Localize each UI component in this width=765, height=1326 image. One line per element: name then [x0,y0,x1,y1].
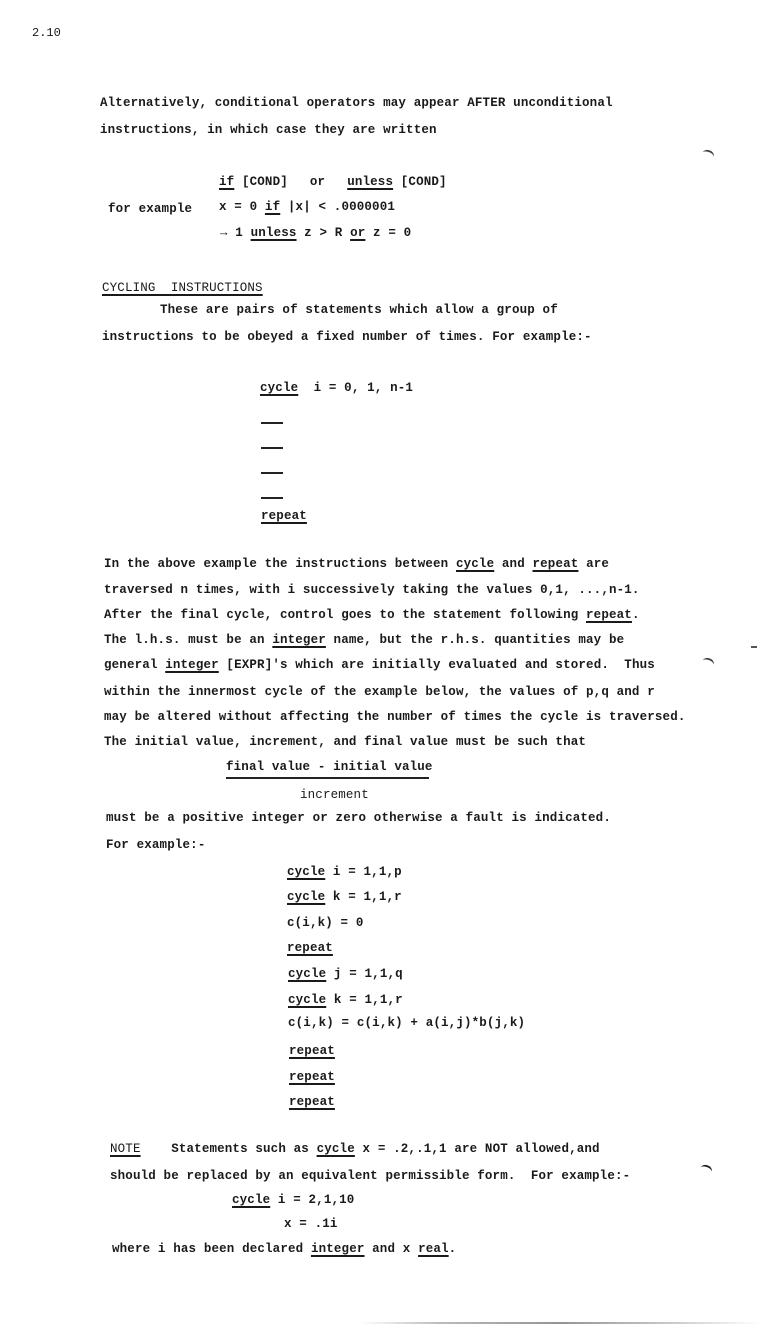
note-line-1: NOTE Statements such as cycle x = .2,.1,… [110,1142,600,1156]
keyword-cycle: cycle [260,381,298,395]
section-intro-line-2: instructions to be obeyed a fixed number… [102,330,592,344]
after-fraction-line-2: For example:- [106,838,205,852]
binder-hole-mark [699,1163,714,1177]
simple-cycle-header: cycle i = 0, 1, n-1 [260,381,413,395]
binder-hole-mark [701,148,716,162]
code-line: repeat [289,1095,335,1109]
explanation-line-3: After the final cycle, control goes to t… [104,608,640,622]
code-line: cycle i = 1,1,p [287,865,402,879]
or-word: or [310,175,325,189]
example-if: x = 0 if |x| < .0000001 [219,200,395,214]
explanation-line-8: The initial value, increment, and final … [104,735,586,749]
explanation-line-2: traversed n times, with i successively t… [104,583,640,597]
section-intro-line-1: These are pairs of statements which allo… [160,303,558,317]
explanation-line-6: within the innermost cycle of the exampl… [104,685,655,699]
code-line: cycle k = 1,1,r [288,993,403,1007]
code-line: c(i,k) = 0 [287,916,364,930]
note-line-2: should be replaced by an equivalent perm… [110,1169,630,1183]
note-example-cycle: cycle i = 2,1,10 [232,1193,354,1207]
code-line: c(i,k) = c(i,k) + a(i,j)*b(j,k) [288,1016,525,1030]
fraction-numerator: final value - initial value [226,760,433,774]
section-heading: CYCLING INSTRUCTIONS [102,281,263,295]
placeholder-line [261,497,283,499]
keyword-unless: unless [347,175,393,189]
placeholder-line [261,472,283,474]
fraction-bar [226,777,429,779]
note-line-3: where i has been declared integer and x … [112,1242,456,1256]
example-unless: → 1 unless z > R or z = 0 [220,226,411,240]
page-number: 2.10 [32,26,61,40]
scan-edge-artifact [360,1322,760,1324]
code-line: repeat [289,1070,335,1084]
explanation-line-5: general integer [EXPR]'s which are initi… [104,658,655,672]
intro-line-2: instructions, in which case they are wri… [100,123,437,137]
note-example-assign: x = .1i [284,1217,338,1231]
fraction-denominator: increment [300,788,369,802]
after-fraction-line-1: must be a positive integer or zero other… [106,811,611,825]
keyword-repeat: repeat [261,509,307,523]
intro-line-1: Alternatively, conditional operators may… [100,96,613,110]
keyword-unless: unless [251,226,297,240]
code-line: cycle j = 1,1,q [288,967,403,981]
placeholder-line [261,447,283,449]
placeholder-line [261,422,283,424]
code-line: cycle k = 1,1,r [287,890,402,904]
binder-hole-mark [701,656,716,670]
explanation-line-7: may be altered without affecting the num… [104,710,686,724]
for-example-label: for example [108,202,192,216]
keyword-if: if [219,175,234,189]
keyword-or: or [350,226,365,240]
note-label: NOTE [110,1142,141,1156]
code-line: repeat [289,1044,335,1058]
margin-tick [751,646,757,648]
keyword-if: if [265,200,280,214]
explanation-line-4: The l.h.s. must be an integer name, but … [104,633,624,647]
explanation-line-1: In the above example the instructions be… [104,557,609,571]
code-line: repeat [287,941,333,955]
conditional-forms: if [COND]orunless [COND] [219,175,447,189]
